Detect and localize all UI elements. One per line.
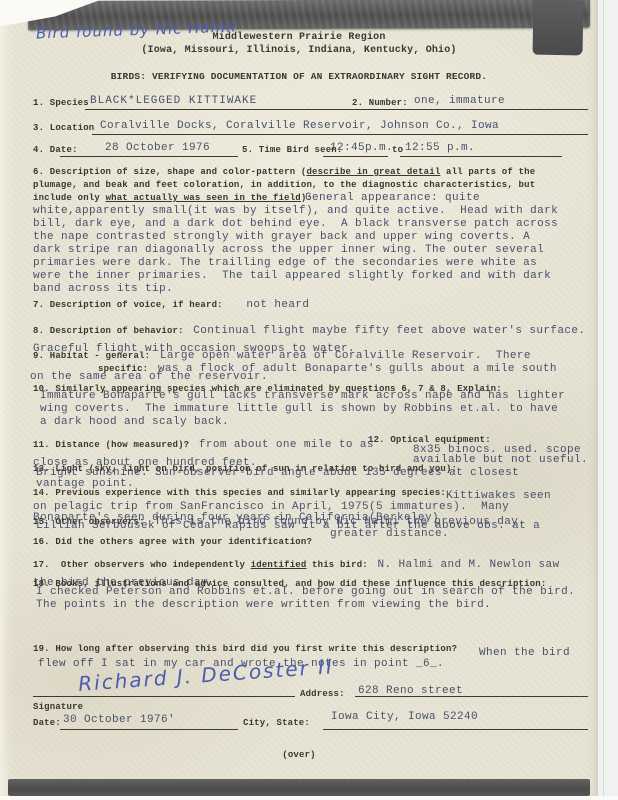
number-value: one, immature — [414, 95, 505, 108]
species-number-rule — [85, 109, 588, 110]
sign-date-rule — [60, 729, 238, 730]
q16-label: 16. Did the others agree with your ident… — [33, 536, 312, 549]
q7-row: 7. Description of voice, if heard: not h… — [33, 294, 309, 312]
q6-label-part1: 6. Description of size, shape and color-… — [33, 167, 306, 177]
q12-answer: 8x35 binocs. used. scope available but n… — [413, 445, 603, 465]
date-value: 28 October 1976 — [105, 142, 210, 155]
q10-answer: Immature Bonaparte's gull lacks transver… — [40, 390, 566, 429]
q17-label-part2: this bird: — [306, 560, 367, 570]
region-heading: Middlewestern Prairie Region — [0, 31, 598, 44]
scan-background-bottom — [0, 796, 618, 800]
q6-answer: General appearance: quite white,apparent… — [33, 192, 559, 296]
time-from-value: 12:45p.m. — [330, 142, 393, 155]
scan-background-edge — [597, 0, 618, 800]
form-title: BIRDS: VERIFYING DOCUMENTATION OF AN EXT… — [0, 70, 598, 83]
time-to-rule — [400, 156, 562, 157]
q15-answer-line2: Lillian Serbousek of Cedar Rapids saw it… — [36, 521, 540, 532]
over-label: (over) — [0, 749, 598, 762]
page-edge-line — [603, 0, 604, 800]
citystate-value: Iowa City, Iowa 52240 — [331, 711, 478, 724]
date-rule — [60, 156, 238, 157]
sign-date-label: Date: — [33, 717, 61, 730]
citystate-rule — [323, 729, 588, 730]
q6-label-underlined1: describe in great detail — [306, 167, 440, 177]
q15-answer-line3: greater distance. — [330, 529, 449, 540]
location-rule — [92, 134, 588, 135]
address-rule — [355, 696, 588, 697]
time-from-rule — [323, 156, 388, 157]
q7-label: 7. Description of voice, if heard: — [33, 300, 223, 310]
binding-tape-bottom — [8, 779, 590, 796]
q8-label: 8. Description of behavior: — [33, 326, 184, 336]
states-subheading: (Iowa, Missouri, Illinois, Indiana, Kent… — [0, 44, 598, 57]
scanned-document: Bird found by Nic Halmi Middlewestern Pr… — [0, 0, 618, 800]
address-label: Address: — [300, 688, 345, 701]
q18-answer: I checked Peterson and Robbins et.al. be… — [36, 586, 589, 612]
q11-label: 11. Distance (how measured)? — [33, 440, 189, 450]
species-value: BLACK*LEGGED KITTIWAKE — [90, 95, 257, 108]
signature-rule — [33, 696, 295, 697]
q7-answer: not heard — [246, 299, 309, 311]
q17-label-underlined: identified — [251, 560, 307, 570]
species-label: 1. Species — [33, 97, 89, 110]
sign-date-value: 30 October 1976' — [63, 714, 175, 727]
signature-label: Signature — [33, 701, 83, 714]
citystate-label: City, State: — [243, 717, 310, 730]
q17-label-part1: 17. Other observers who independently — [33, 560, 251, 570]
time-to-value: 12:55 p.m. — [405, 142, 475, 155]
location-label: 3. Location — [33, 122, 94, 135]
location-value: Coralville Docks, Coralville Reservoir, … — [100, 120, 499, 133]
